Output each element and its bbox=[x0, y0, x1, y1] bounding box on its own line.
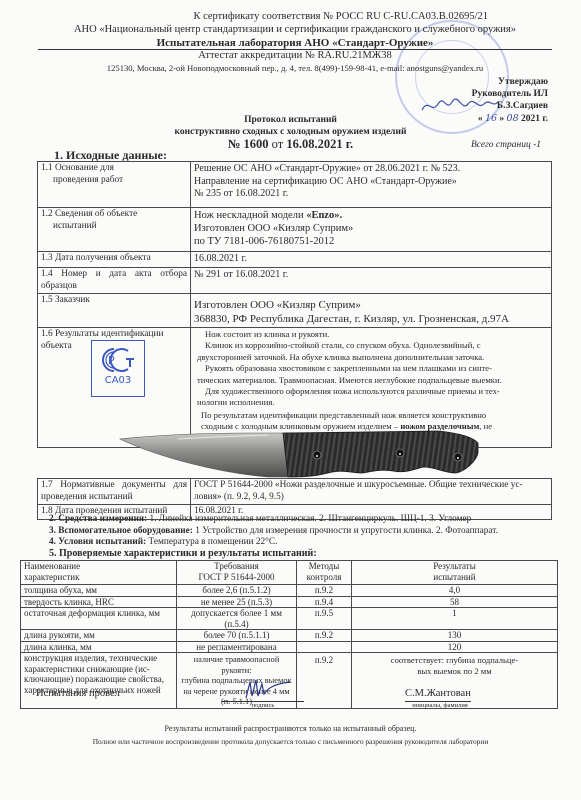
header-line: ГОСТ Р 51644-2000 bbox=[180, 572, 293, 583]
cell-line: характеристики снижающие (ис- bbox=[24, 664, 173, 675]
approver-name: Б.З.Сагдиев bbox=[497, 101, 548, 111]
table-row: толщина обуха, мм более 2,6 (п.5.1.2) п.… bbox=[21, 585, 558, 597]
section-2: 2. Средства измерения: 1. Линейка измери… bbox=[49, 514, 471, 524]
row-value-line: Решение ОС АНО «Стандарт-Оружие» от 28.0… bbox=[194, 163, 548, 176]
cell-method bbox=[297, 641, 352, 653]
cell-line: вых выемок по 2 мм bbox=[355, 666, 554, 677]
row-value: 16.08.2021 г. bbox=[191, 252, 552, 268]
row-value: Изготовлен ООО «Кизляр Суприм» 368830, Р… bbox=[191, 294, 552, 328]
table-row: 1.2 Сведения об объекте испытаний Нож не… bbox=[38, 208, 552, 252]
cell-requirement: не менее 25 (п.5.3) bbox=[177, 596, 297, 608]
cell-result: 1 bbox=[352, 608, 558, 630]
table-row: остаточная деформация клинка, мм допуска… bbox=[21, 608, 558, 630]
stamp-code: СА03 bbox=[92, 375, 144, 386]
header-line: характеристик bbox=[24, 572, 173, 583]
initial-data-table: 1.1 Основание для проведения работ Решен… bbox=[37, 161, 552, 448]
row-value-line: № 235 от 16.08.2021 г. bbox=[194, 188, 548, 201]
section-4: 4. Условия испытаний: Температура в поме… bbox=[49, 537, 277, 547]
cell-line: на черене рукояти менее 4 мм bbox=[180, 687, 293, 698]
row-label: 1.4 Номер и дата акта отбора образцов bbox=[38, 268, 191, 294]
table-row: твердость клинка, HRC не менее 25 (п.5.3… bbox=[21, 596, 558, 608]
tester-name: С.М.Жантован bbox=[405, 688, 471, 699]
table-header-row: Наименование характеристик Требования ГО… bbox=[21, 561, 558, 585]
cell-requirement: наличие травмоопасной рукояти: глубина п… bbox=[177, 653, 297, 709]
header-line: Результаты bbox=[355, 561, 554, 572]
column-header-methods: Методы контроля bbox=[297, 561, 352, 585]
header-line: Методы bbox=[300, 561, 348, 572]
accreditation: Аттестат аккредитации № RA.RU.21МЖ38 bbox=[38, 50, 552, 61]
row-value-line: Клинок из коррозийно-стойкой стали, со с… bbox=[197, 340, 548, 351]
protocol-subtitle: конструктивно сходных с холодным оружием… bbox=[0, 127, 581, 137]
cell-name: длина рукояти, мм bbox=[21, 630, 177, 642]
row-label-line: проведения работ bbox=[41, 175, 187, 187]
row-value-line: Рукоять образована хвостовиком с закрепл… bbox=[197, 363, 548, 374]
row-value-line: тических материалов. Травмоопасная. Имею… bbox=[197, 375, 548, 386]
row-value-line: нологии исполнения. bbox=[197, 397, 548, 408]
cell-line: соответствует: глубина подпальце- bbox=[355, 655, 554, 666]
cell-result: 4,0 bbox=[352, 585, 558, 597]
signature-caption: подпись bbox=[222, 702, 304, 709]
row-label: 1.1 Основание для проведения работ bbox=[38, 162, 191, 208]
cell-name: толщина обуха, мм bbox=[21, 585, 177, 597]
cell-requirement: более 70 (п.5.1.1) bbox=[177, 630, 297, 642]
row-value: Нож нескладной модели «Enzo». Изготовлен… bbox=[191, 208, 552, 252]
tester-label: Испытания провел bbox=[36, 688, 120, 699]
row-value-line: Изготовлен ООО «Кизляр Суприм» bbox=[194, 298, 548, 312]
column-header-results: Результаты испытаний bbox=[352, 561, 558, 585]
cell-method: п.9.2 bbox=[297, 653, 352, 709]
section-2-label: 2. Средства измерения: bbox=[49, 514, 147, 524]
protocol-number-value: № 1600 bbox=[228, 137, 269, 151]
laboratory-name: Испытательная лаборатория АНО «Стандарт-… bbox=[38, 37, 552, 49]
row-value-line: Изготовлен ООО «Кизляр Суприм» bbox=[194, 222, 548, 235]
cell-name: твердость клинка, HRC bbox=[21, 596, 177, 608]
protocol-date: 16.08.2021 г. bbox=[286, 137, 353, 151]
row-label: 1.7 Нормативные документы для проведения… bbox=[38, 479, 191, 505]
footer-reproduction-notice: Полное или частичное воспроизведение про… bbox=[0, 737, 581, 746]
row-value-line: Нож состоит из клинка и рукояти. bbox=[197, 329, 548, 340]
row-value: ГОСТ Р 51644-2000 «Ножи разделочные и шк… bbox=[191, 479, 552, 505]
row-value-line: по ТУ 7181-006-76180751-2012 bbox=[194, 235, 548, 248]
table-row: 1.3 Дата получения объекта 16.08.2021 г. bbox=[38, 252, 552, 268]
rst-certification-mark-icon: P bbox=[98, 346, 136, 374]
row-value-line: 368830, РФ Республика Дагестан, г. Кизля… bbox=[194, 312, 548, 326]
section-4-label: 4. Условия испытаний: bbox=[49, 537, 146, 547]
cell-requirement: более 2,6 (п.5.1.2) bbox=[177, 585, 297, 597]
cell-requirement: не регламентирована bbox=[177, 641, 297, 653]
section-5-heading: 5. Проверяемые характеристики и результа… bbox=[49, 548, 317, 559]
column-header-requirements: Требования ГОСТ Р 51644-2000 bbox=[177, 561, 297, 585]
column-header-name: Наименование характеристик bbox=[21, 561, 177, 585]
certificate-reference: К сертификату соответствия № РОСС RU C-R… bbox=[193, 11, 488, 22]
test-protocol-page: К сертификату соответствия № РОСС RU C-R… bbox=[0, 0, 581, 800]
cell-result: соответствует: глубина подпальце- вых вы… bbox=[352, 653, 558, 709]
object-model-name: «Enzo». bbox=[306, 210, 342, 221]
knife-photo bbox=[118, 427, 516, 479]
row-label-line: испытаний bbox=[41, 221, 187, 233]
row-value: Решение ОС АНО «Стандарт-Оружие» от 28.0… bbox=[191, 162, 552, 208]
row-value-line: ловия» (п. 9.2, 9.4, 9.5) bbox=[194, 492, 548, 504]
section-3-label: 3. Вспомогательное оборудование: bbox=[49, 526, 193, 536]
cell-name: конструкция изделия, технические характе… bbox=[21, 653, 177, 709]
name-caption: инициалы, фамилия bbox=[405, 702, 475, 709]
row-label-line: 1.2 Сведения об объекте bbox=[41, 209, 187, 221]
row-label: 1.3 Дата получения объекта bbox=[38, 252, 191, 268]
table-row: 1.4 Номер и дата акта отбора образцов № … bbox=[38, 268, 552, 294]
cell-name: остаточная деформация клинка, мм bbox=[21, 608, 177, 630]
cell-method: п.9.2 bbox=[297, 585, 352, 597]
approver-title: Руководитель ИЛ bbox=[472, 89, 548, 99]
row-value: № 291 от 16.08.2021 г. bbox=[191, 268, 552, 294]
protocol-title: Протокол испытаний bbox=[0, 115, 581, 125]
row-label-line: 1.1 Основание для bbox=[41, 163, 187, 175]
object-model: Нож нескладной модели «Enzo». bbox=[194, 209, 548, 222]
cell-line: конструкция изделия, технические bbox=[24, 653, 173, 664]
object-model-prefix: Нож нескладной модели bbox=[194, 210, 306, 221]
cell-requirement: допускается более 1 мм (п.5.4) bbox=[177, 608, 297, 630]
cell-line: глубина подпальцевых выемок bbox=[180, 676, 293, 687]
table-row: 1.1 Основание для проведения работ Решен… bbox=[38, 162, 552, 208]
table-row: длина рукояти, мм более 70 (п.5.1.1) п.9… bbox=[21, 630, 558, 642]
cell-result: 58 bbox=[352, 596, 558, 608]
results-table: Наименование характеристик Требования ГО… bbox=[20, 560, 558, 709]
cell-method: п.9.5 bbox=[297, 608, 352, 630]
row-label: 1.2 Сведения об объекте испытаний bbox=[38, 208, 191, 252]
certification-stamp: P СА03 bbox=[91, 340, 145, 397]
approval-heading: Утверждаю bbox=[498, 77, 548, 87]
section-3: 3. Вспомогательное оборудование: 1 Устро… bbox=[49, 526, 498, 536]
table-row: длина клинка, мм не регламентирована 120 bbox=[21, 641, 558, 653]
row-label-line: 1.6 Результаты идентификации bbox=[41, 329, 187, 341]
cell-line: ключающие) поражающие свойства, bbox=[24, 674, 173, 685]
cell-name: длина клинка, мм bbox=[21, 641, 177, 653]
section-3-text: 1 Устройство для измерения прочности и у… bbox=[193, 526, 498, 536]
row-value-line: двухсторонней заточкой. На обухе клинка … bbox=[197, 352, 548, 363]
table-row: 1.5 Заказчик Изготовлен ООО «Кизляр Супр… bbox=[38, 294, 552, 328]
header-line: испытаний bbox=[355, 572, 554, 583]
table-row: 1.7 Нормативные документы для проведения… bbox=[38, 479, 552, 505]
header-line: контроля bbox=[300, 572, 348, 583]
row-label-line: образцов bbox=[41, 281, 187, 293]
row-value-line: Для художественного оформления ножа испо… bbox=[197, 386, 548, 397]
organization-name: АНО «Национальный центр стандартизации и… bbox=[38, 24, 552, 35]
lab-address: 125130, Москва, 2-ой Новоподмосковный пе… bbox=[38, 63, 552, 73]
cell-method: п.9.4 bbox=[297, 596, 352, 608]
header-line: Наименование bbox=[24, 561, 173, 572]
row-value-line: По результатам идентификации представлен… bbox=[201, 410, 548, 421]
cell-method: п.9.2 bbox=[297, 630, 352, 642]
section-4-text: Температура в помещении 22°С. bbox=[146, 537, 277, 547]
table-row: конструкция изделия, технические характе… bbox=[21, 653, 558, 709]
section-2-text: 1. Линейка измерительная металлическая. … bbox=[147, 514, 471, 524]
row-label: 1.5 Заказчик bbox=[38, 294, 191, 328]
cell-result: 130 bbox=[352, 630, 558, 642]
row-label-line: 1.7 Нормативные документы для bbox=[41, 480, 187, 492]
page-count: Всего страниц -1 bbox=[471, 140, 541, 150]
cell-line: наличие травмоопасной рукояти: bbox=[180, 655, 293, 676]
row-label-line: проведения испытаний bbox=[41, 492, 187, 504]
row-value-line: Направление на сертификацию ОС АНО «Стан… bbox=[194, 176, 548, 189]
header-line: Требования bbox=[180, 561, 293, 572]
protocol-date-prefix: от bbox=[269, 137, 287, 151]
footer-disclaimer: Результаты испытаний распространяются то… bbox=[0, 724, 581, 733]
row-value-line: ГОСТ Р 51644-2000 «Ножи разделочные и шк… bbox=[194, 480, 548, 492]
row-label-line: 1.4 Номер и дата акта отбора bbox=[41, 269, 187, 281]
cell-result: 120 bbox=[352, 641, 558, 653]
